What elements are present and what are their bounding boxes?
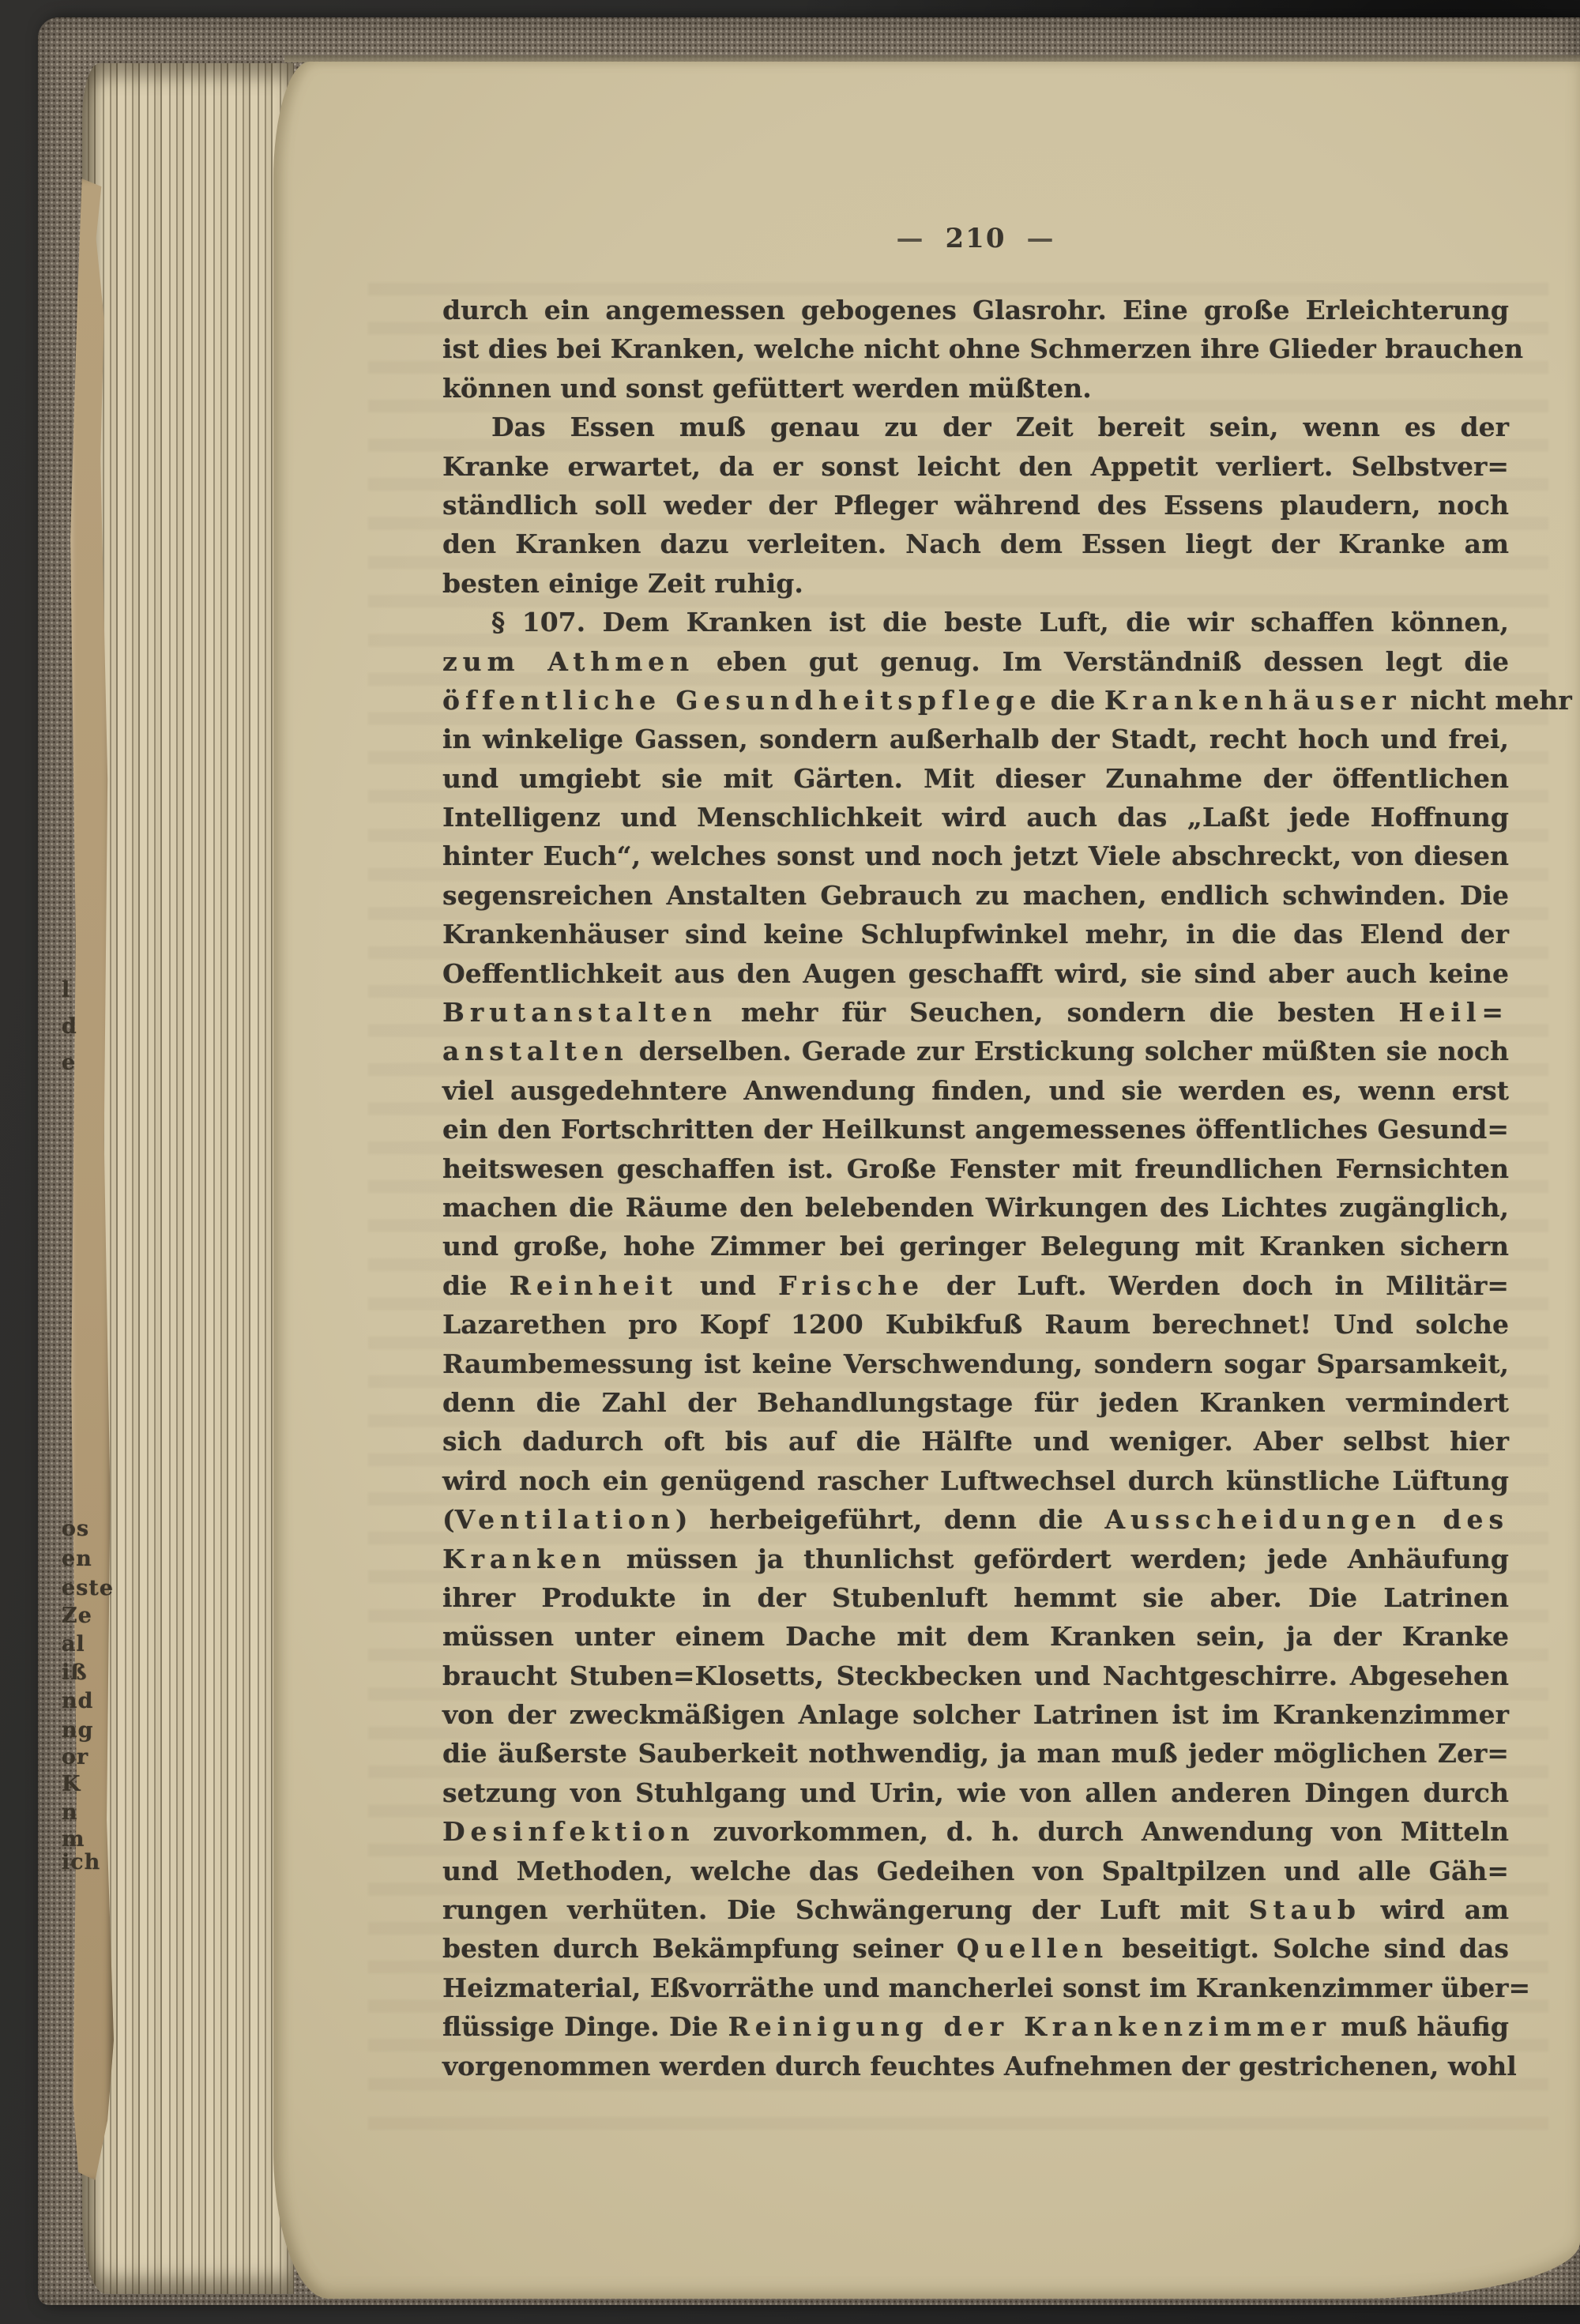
text-line: die äußerste Sauberkeit nothwendig, ja m…: [442, 1734, 1509, 1773]
text-line: wird noch ein genügend rascher Luftwechs…: [442, 1461, 1509, 1500]
torn-page-text-fragment: d: [62, 1016, 109, 1038]
text-line: Raumbemessung ist keine Verschwendung, s…: [442, 1344, 1509, 1383]
letterspaced-emphasis: zum Athmen: [442, 646, 694, 677]
torn-page-text-fragment: ich: [62, 1852, 109, 1874]
text-line: müssen unter einem Dache mit dem Kranken…: [442, 1617, 1509, 1656]
letterspaced-emphasis: Heil=: [1398, 997, 1509, 1028]
letterspaced-emphasis: Brutanstalten: [442, 997, 717, 1028]
letterspaced-emphasis: Ventilation: [455, 1504, 675, 1535]
torn-page-text-fragment: nd: [62, 1690, 109, 1713]
text-line: Heizmaterial, Eßvorräthe und mancherlei …: [442, 1969, 1509, 2007]
letterspaced-emphasis: Krankenhäuser: [1104, 685, 1401, 716]
text-line: ständlich soll weder der Pfleger während…: [442, 486, 1509, 525]
torn-page-text-fragment: n: [62, 1802, 109, 1824]
letterspaced-emphasis: Ausscheidungen: [1105, 1504, 1422, 1535]
text-line: Desinfektion zuvorkommen, d. h. durch An…: [442, 1812, 1509, 1851]
torn-page-text-fragment: K: [62, 1773, 109, 1796]
text-line: Intelligenz und Menschlichkeit wird auch…: [442, 798, 1509, 837]
torn-page-text-fragment: e: [62, 1052, 109, 1074]
text-line: durch ein angemessen gebogenes Glasrohr.…: [442, 291, 1509, 329]
text-line: ist dies bei Kranken, welche nicht ohne …: [442, 329, 1509, 368]
text-line: rungen verhüten. Die Schwängerung der Lu…: [442, 1890, 1509, 1929]
text-line: und Methoden, welche das Gedeihen von Sp…: [442, 1852, 1509, 1890]
text-line: viel ausgedehntere Anwendung finden, und…: [442, 1071, 1509, 1110]
torn-page-text-fragment: Ze: [62, 1605, 109, 1627]
text-line: Das Essen muß genau zu der Zeit bereit s…: [442, 408, 1509, 446]
text-line: Brutanstalten mehr für Seuchen, sondern …: [442, 993, 1509, 1032]
letterspaced-emphasis: des: [1443, 1504, 1509, 1535]
text-line: in winkelige Gassen, sondern außerhalb d…: [442, 720, 1509, 758]
text-line: vorgenommen werden durch feuchtes Aufneh…: [442, 2047, 1509, 2085]
text-line: können und sonst gefüttert werden müßten…: [442, 369, 1509, 408]
letterspaced-emphasis: Reinheit: [510, 1270, 678, 1301]
text-line: setzung von Stuhlgang und Urin, wie von …: [442, 1773, 1509, 1812]
torn-page-text-fragment: m: [62, 1829, 109, 1851]
text-line: Kranken müssen ja thunlichst gefördert w…: [442, 1540, 1509, 1578]
text-line: öffentliche Gesundheitspflege die Kranke…: [442, 681, 1509, 720]
text-line: besten durch Bekämpfung seiner Quellen b…: [442, 1929, 1509, 1968]
page-number-value: 210: [946, 223, 1006, 254]
torn-page-text-fragment: or: [62, 1747, 109, 1769]
text-line: und umgiebt sie mit Gärten. Mit dieser Z…: [442, 759, 1509, 798]
text-line: zum Athmen eben gut genug. Im Verständni…: [442, 642, 1509, 681]
letterspaced-emphasis: Staub: [1249, 1894, 1361, 1925]
text-line: machen die Räume den belebenden Wirkunge…: [442, 1188, 1509, 1227]
torn-page-text-fragment: os: [62, 1518, 109, 1540]
page-number-dash-left: —: [897, 223, 925, 254]
text-line: anstalten derselben. Gerade zur Ersticku…: [442, 1032, 1509, 1070]
letterspaced-emphasis: Desinfektion: [442, 1816, 695, 1847]
text-line: Oeffentlichkeit aus den Augen geschafft …: [442, 954, 1509, 993]
text-line: den Kranken dazu verleiten. Nach dem Ess…: [442, 525, 1509, 563]
torn-page-text-fragment: l: [62, 980, 109, 1002]
text-line: segensreichen Anstalten Gebrauch zu mach…: [442, 876, 1509, 915]
text-line: denn die Zahl der Behandlungstage für je…: [442, 1383, 1509, 1422]
text-line: und große, hohe Zimmer bei geringer Bele…: [442, 1227, 1509, 1265]
page-number-dash-right: —: [1026, 223, 1055, 254]
text-line: von der zweckmäßigen Anlage solcher Latr…: [442, 1695, 1509, 1734]
letterspaced-emphasis: öffentliche Gesundheitspflege: [442, 685, 1041, 716]
text-line: flüssige Dinge. Die Reinigung der Kranke…: [442, 2007, 1509, 2046]
text-line: die Reinheit und Frische der Luft. Werde…: [442, 1266, 1509, 1305]
letterspaced-emphasis: anstalten: [442, 1036, 629, 1066]
body-text: durch ein angemessen gebogenes Glasrohr.…: [442, 291, 1509, 2085]
letterspaced-emphasis: Reinigung der Krankenzimmer: [728, 2011, 1331, 2042]
text-line: Lazarethen pro Kopf 1200 Kubikfuß Raum b…: [442, 1305, 1509, 1344]
text-line: Krankenhäuser sind keine Schlupfwinkel m…: [442, 915, 1509, 953]
letterspaced-emphasis: Kranken: [442, 1544, 607, 1574]
torn-page-text-fragment: ng: [62, 1720, 109, 1742]
page-number: —210—: [442, 223, 1509, 254]
book-scan-photo: —210— durch ein angemessen gebogenes Gla…: [0, 0, 1580, 2324]
page-fore-edges: [82, 63, 294, 2294]
torn-page-text-fragment: en: [62, 1548, 109, 1570]
letterspaced-emphasis: Frische: [778, 1270, 924, 1301]
text-line: § 107. Dem Kranken ist die beste Luft, d…: [442, 603, 1509, 641]
text-line: sich dadurch oft bis auf die Hälfte und …: [442, 1422, 1509, 1461]
torn-page-text-fragment: este: [62, 1578, 109, 1600]
text-line: heitswesen geschaffen ist. Große Fenster…: [442, 1149, 1509, 1188]
text-line: besten einige Zeit ruhig.: [442, 564, 1509, 603]
letterspaced-emphasis: Quellen: [957, 1933, 1108, 1964]
torn-page-text-fragment: al: [62, 1634, 109, 1656]
text-line: (Ventilation) herbeigeführt, denn die Au…: [442, 1500, 1509, 1539]
text-line: ihrer Produkte in der Stubenluft hemmt s…: [442, 1578, 1509, 1617]
text-line: Kranke erwartet, da er sonst leicht den …: [442, 447, 1509, 486]
text-line: ein den Fortschritten der Heilkunst ange…: [442, 1110, 1509, 1149]
text-line: hinter Euch“, welches sonst und noch jet…: [442, 837, 1509, 875]
torn-page-text-fragment: iß: [62, 1662, 109, 1684]
text-line: braucht Stuben=Klosetts, Steckbecken und…: [442, 1657, 1509, 1695]
